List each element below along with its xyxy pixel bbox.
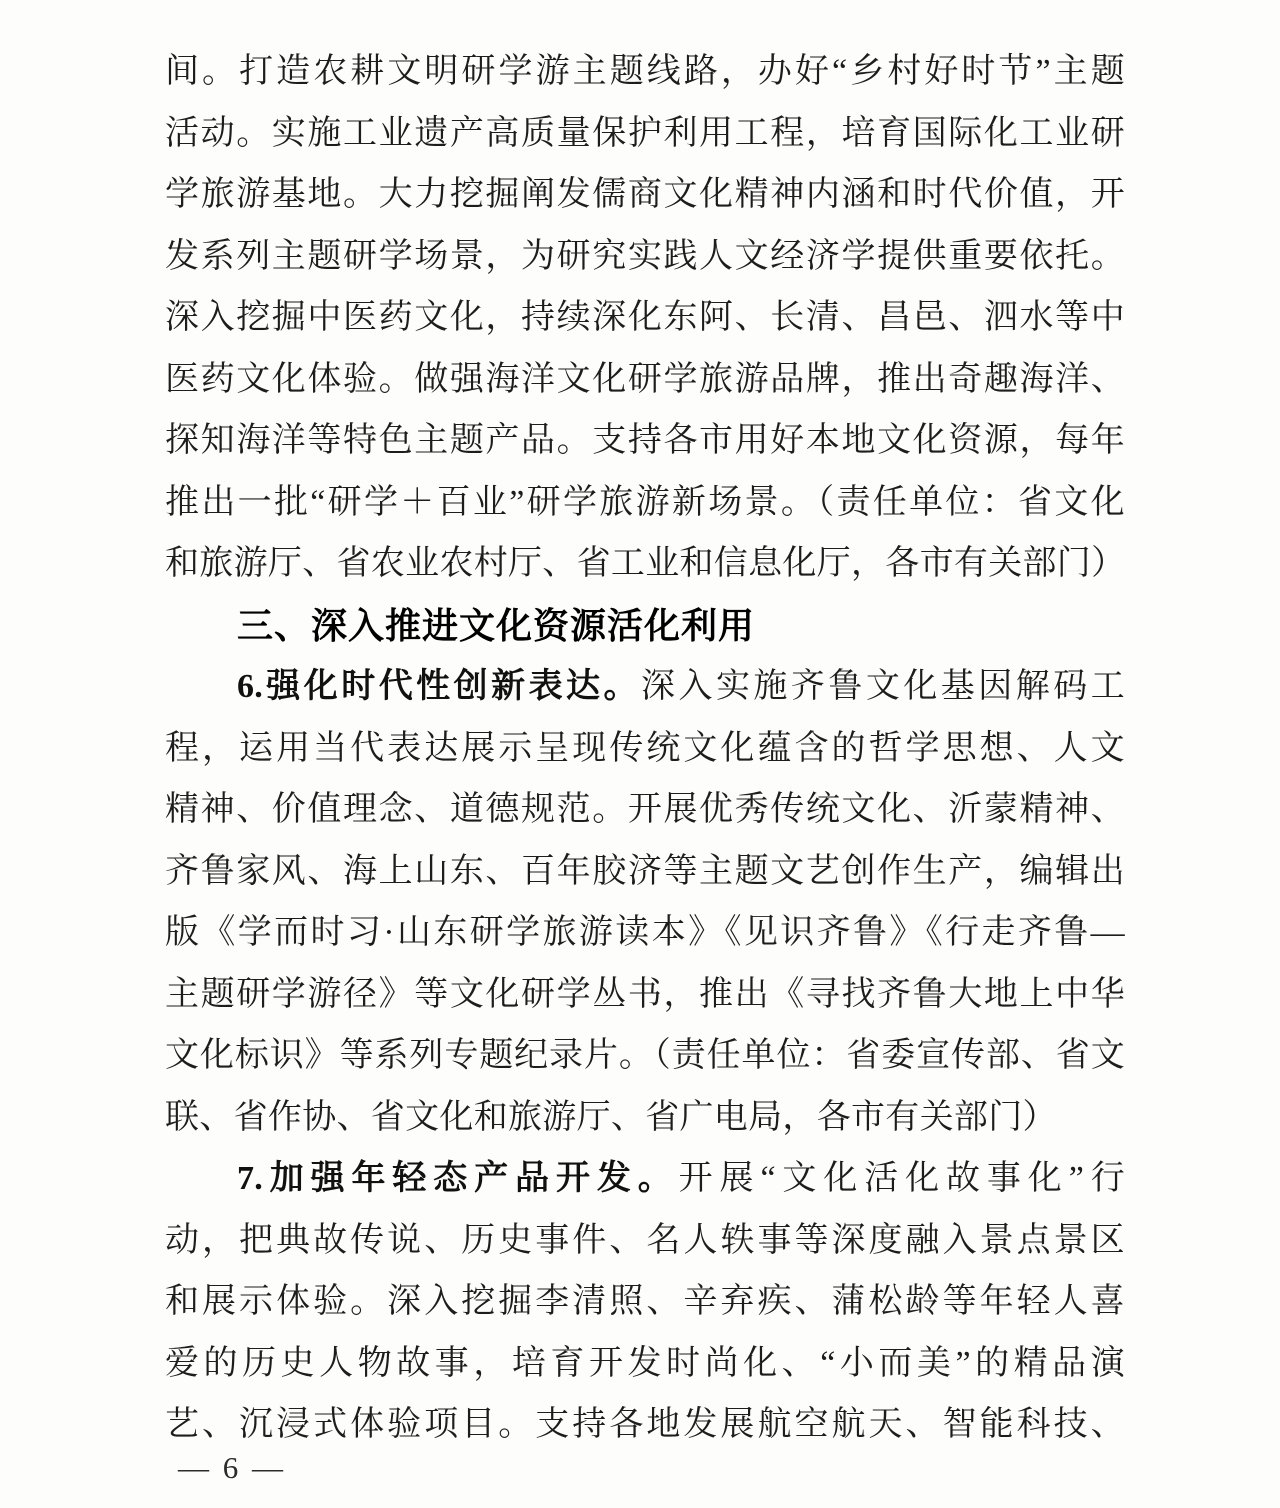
line-text: 发系列主题研学场景，为研究实践人文经济学提供重要依托。	[165, 238, 1125, 275]
text-line: 动，把典故传说、历史事件、名人轶事等深度融入景点景区	[165, 1210, 1125, 1272]
text-line: 间。打造农耕文明研学游主题线路，办好“乡村好时节”主题	[165, 41, 1125, 103]
line-text: 深入挖掘中医药文化，持续深化东阿、长清、昌邑、泗水等中	[165, 299, 1125, 336]
text-line: 艺、沉浸式体验项目。支持各地发展航空航天、智能科技、	[165, 1394, 1125, 1456]
text-line: 深入挖掘中医药文化，持续深化东阿、长清、昌邑、泗水等中	[165, 287, 1125, 349]
line-text: 程，运用当代表达展示呈现传统文化蕴含的哲学思想、人文	[165, 730, 1125, 767]
line-text: 开展“文化活化故事化”行	[679, 1160, 1125, 1197]
line-text: 三、深入推进文化资源活化利用	[237, 605, 755, 646]
text-line: 主题研学游径》等文化研学丛书，推出《寻找齐鲁大地上中华	[165, 964, 1125, 1026]
text-line: 爱的历史人物故事，培育开发时尚化、“小而美”的精品演	[165, 1333, 1125, 1395]
line-text: 和展示体验。深入挖掘李清照、辛弃疾、蒲松龄等年轻人喜	[165, 1283, 1125, 1320]
line-text: 和旅游厅、省农业农村厅、省工业和信息化厅，各市有关部门）	[165, 545, 1125, 582]
text-line: 活动。实施工业遗产高质量保护利用工程，培育国际化工业研	[165, 103, 1125, 165]
text-line: 7.加强年轻态产品开发。开展“文化活化故事化”行	[165, 1148, 1125, 1210]
line-text: 齐鲁家风、海上山东、百年胶济等主题文艺创作生产，编辑出	[165, 853, 1125, 890]
page-footer: — 6 —	[178, 1446, 286, 1490]
line-text: 联、省作协、省文化和旅游厅、省广电局，各市有关部门）	[165, 1099, 1057, 1136]
text-line: 文化标识》等系列专题纪录片。（责任单位：省委宣传部、省文	[165, 1025, 1125, 1087]
text-line: 发系列主题研学场景，为研究实践人文经济学提供重要依托。	[165, 226, 1125, 288]
paragraph-lead: 7.加强年轻态产品开发。	[237, 1160, 679, 1197]
line-text: 间。打造农耕文明研学游主题线路，办好“乡村好时节”主题	[165, 53, 1125, 90]
line-text: 学旅游基地。大力挖掘阐发儒商文化精神内涵和时代价值，开	[165, 176, 1125, 213]
line-text: 医药文化体验。做强海洋文化研学旅游品牌，推出奇趣海洋、	[165, 361, 1125, 398]
section-heading: 三、深入推进文化资源活化利用	[165, 595, 1125, 657]
line-text: 艺、沉浸式体验项目。支持各地发展航空航天、智能科技、	[165, 1406, 1125, 1443]
line-text: 精神、价值理念、道德规范。开展优秀传统文化、沂蒙精神、	[165, 791, 1125, 828]
text-line: 程，运用当代表达展示呈现传统文化蕴含的哲学思想、人文	[165, 718, 1125, 780]
text-line: 版《学而时习·山东研学旅游读本》《见识齐鲁》《行走齐鲁—	[165, 902, 1125, 964]
paragraph-lead: 6.强化时代性创新表达。	[237, 668, 641, 705]
line-text: 探知海洋等特色主题产品。支持各市用好本地文化资源，每年	[165, 422, 1125, 459]
line-text: 动，把典故传说、历史事件、名人轶事等深度融入景点景区	[165, 1222, 1125, 1259]
document-body: 间。打造农耕文明研学游主题线路，办好“乡村好时节”主题活动。实施工业遗产高质量保…	[165, 41, 1125, 1456]
text-line: 和旅游厅、省农业农村厅、省工业和信息化厅，各市有关部门）	[165, 533, 1125, 595]
text-line: 精神、价值理念、道德规范。开展优秀传统文化、沂蒙精神、	[165, 779, 1125, 841]
text-line: 和展示体验。深入挖掘李清照、辛弃疾、蒲松龄等年轻人喜	[165, 1271, 1125, 1333]
line-text: 文化标识》等系列专题纪录片。（责任单位：省委宣传部、省文	[165, 1037, 1125, 1074]
text-line: 医药文化体验。做强海洋文化研学旅游品牌，推出奇趣海洋、	[165, 349, 1125, 411]
line-text: 深入实施齐鲁文化基因解码工	[641, 668, 1125, 705]
line-text: 活动。实施工业遗产高质量保护利用工程，培育国际化工业研	[165, 115, 1125, 152]
text-line: 学旅游基地。大力挖掘阐发儒商文化精神内涵和时代价值，开	[165, 164, 1125, 226]
page-number: — 6 —	[178, 1450, 286, 1485]
text-line: 联、省作协、省文化和旅游厅、省广电局，各市有关部门）	[165, 1087, 1125, 1149]
text-line: 6.强化时代性创新表达。深入实施齐鲁文化基因解码工	[165, 656, 1125, 718]
document-page: 间。打造农耕文明研学游主题线路，办好“乡村好时节”主题活动。实施工业遗产高质量保…	[0, 0, 1280, 1508]
text-line: 齐鲁家风、海上山东、百年胶济等主题文艺创作生产，编辑出	[165, 841, 1125, 903]
line-text: 推出一批“研学＋百业”研学旅游新场景。（责任单位：省文化	[165, 484, 1125, 521]
text-line: 探知海洋等特色主题产品。支持各市用好本地文化资源，每年	[165, 410, 1125, 472]
text-line: 推出一批“研学＋百业”研学旅游新场景。（责任单位：省文化	[165, 472, 1125, 534]
line-text: 版《学而时习·山东研学旅游读本》《见识齐鲁》《行走齐鲁—	[165, 914, 1125, 951]
line-text: 主题研学游径》等文化研学丛书，推出《寻找齐鲁大地上中华	[165, 976, 1125, 1013]
line-text: 爱的历史人物故事，培育开发时尚化、“小而美”的精品演	[165, 1345, 1125, 1382]
